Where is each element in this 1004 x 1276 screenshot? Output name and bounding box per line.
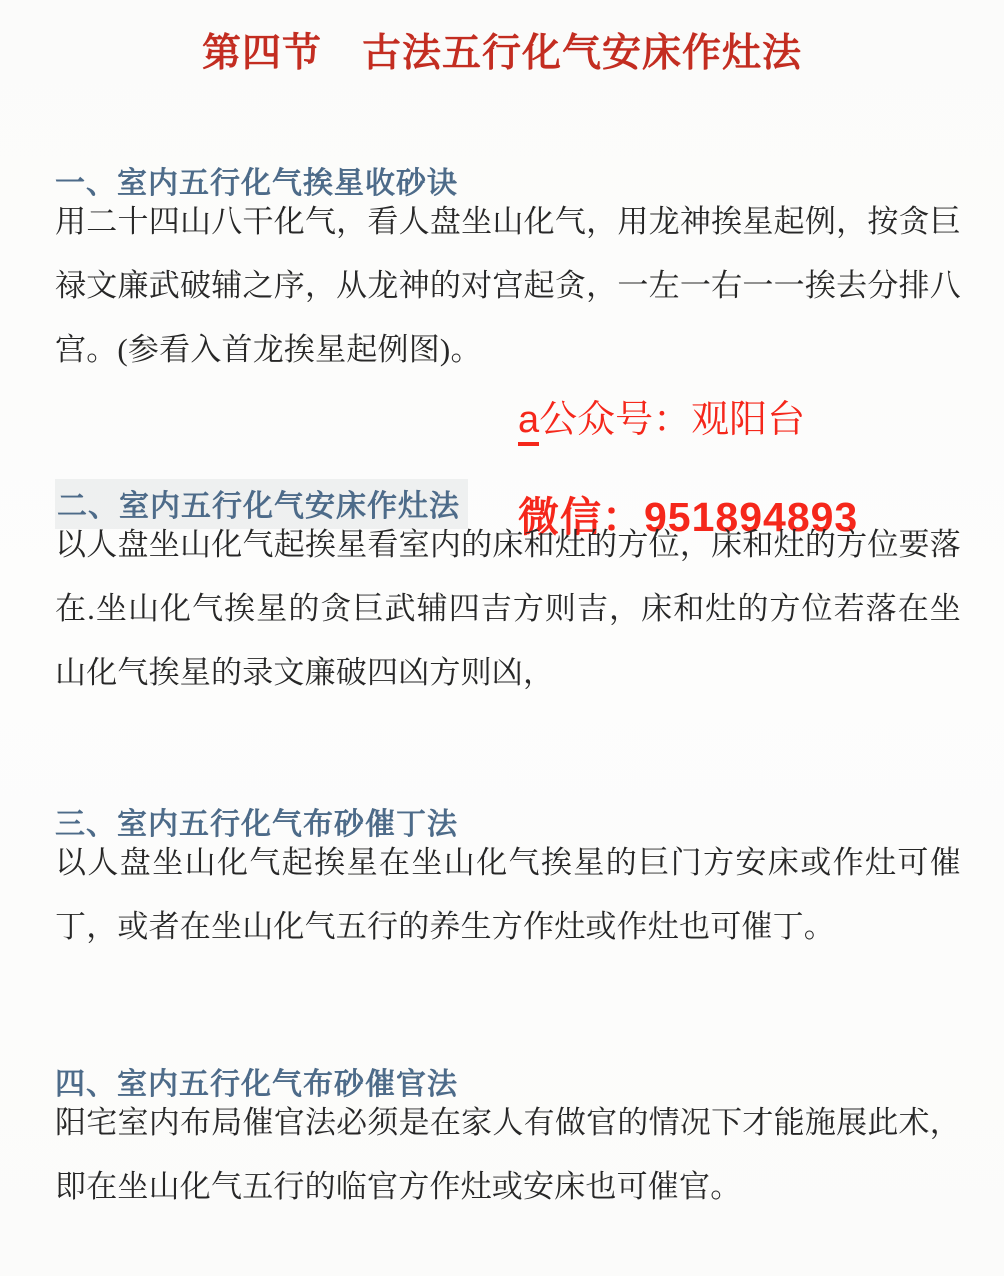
section-3-body: 以人盘坐山化气起挨星在坐山化气挨星的巨门方安床或作灶可催丁，或者在坐山化气五行的… [55, 831, 961, 959]
watermark-underlined-a: a [518, 401, 539, 446]
document-page: 第四节 古法五行化气安床作灶法 一、室内五行化气挨星收砂诀 用二十四山八干化气，… [0, 0, 1004, 1276]
section-4-body: 阳宅室内布局催官法必须是在家人有做官的情况下才能施展此术，即在坐山化气五行的临官… [55, 1091, 961, 1219]
watermark-account-label: 公众号：观阳台 [539, 399, 805, 441]
watermark-public-account: a公众号：观阳台 [518, 388, 805, 446]
page-title: 第四节 古法五行化气安床作灶法 [0, 22, 1004, 78]
section-2-body: 以人盘坐山化气起挨星看室内的床和灶的方位，床和灶的方位要落在.坐山化气挨星的贪巨… [55, 513, 961, 705]
section-1-body: 用二十四山八干化气，看人盘坐山化气，用龙神挨星起例，按贪巨禄文廉武破辅之序，从龙… [55, 190, 961, 382]
